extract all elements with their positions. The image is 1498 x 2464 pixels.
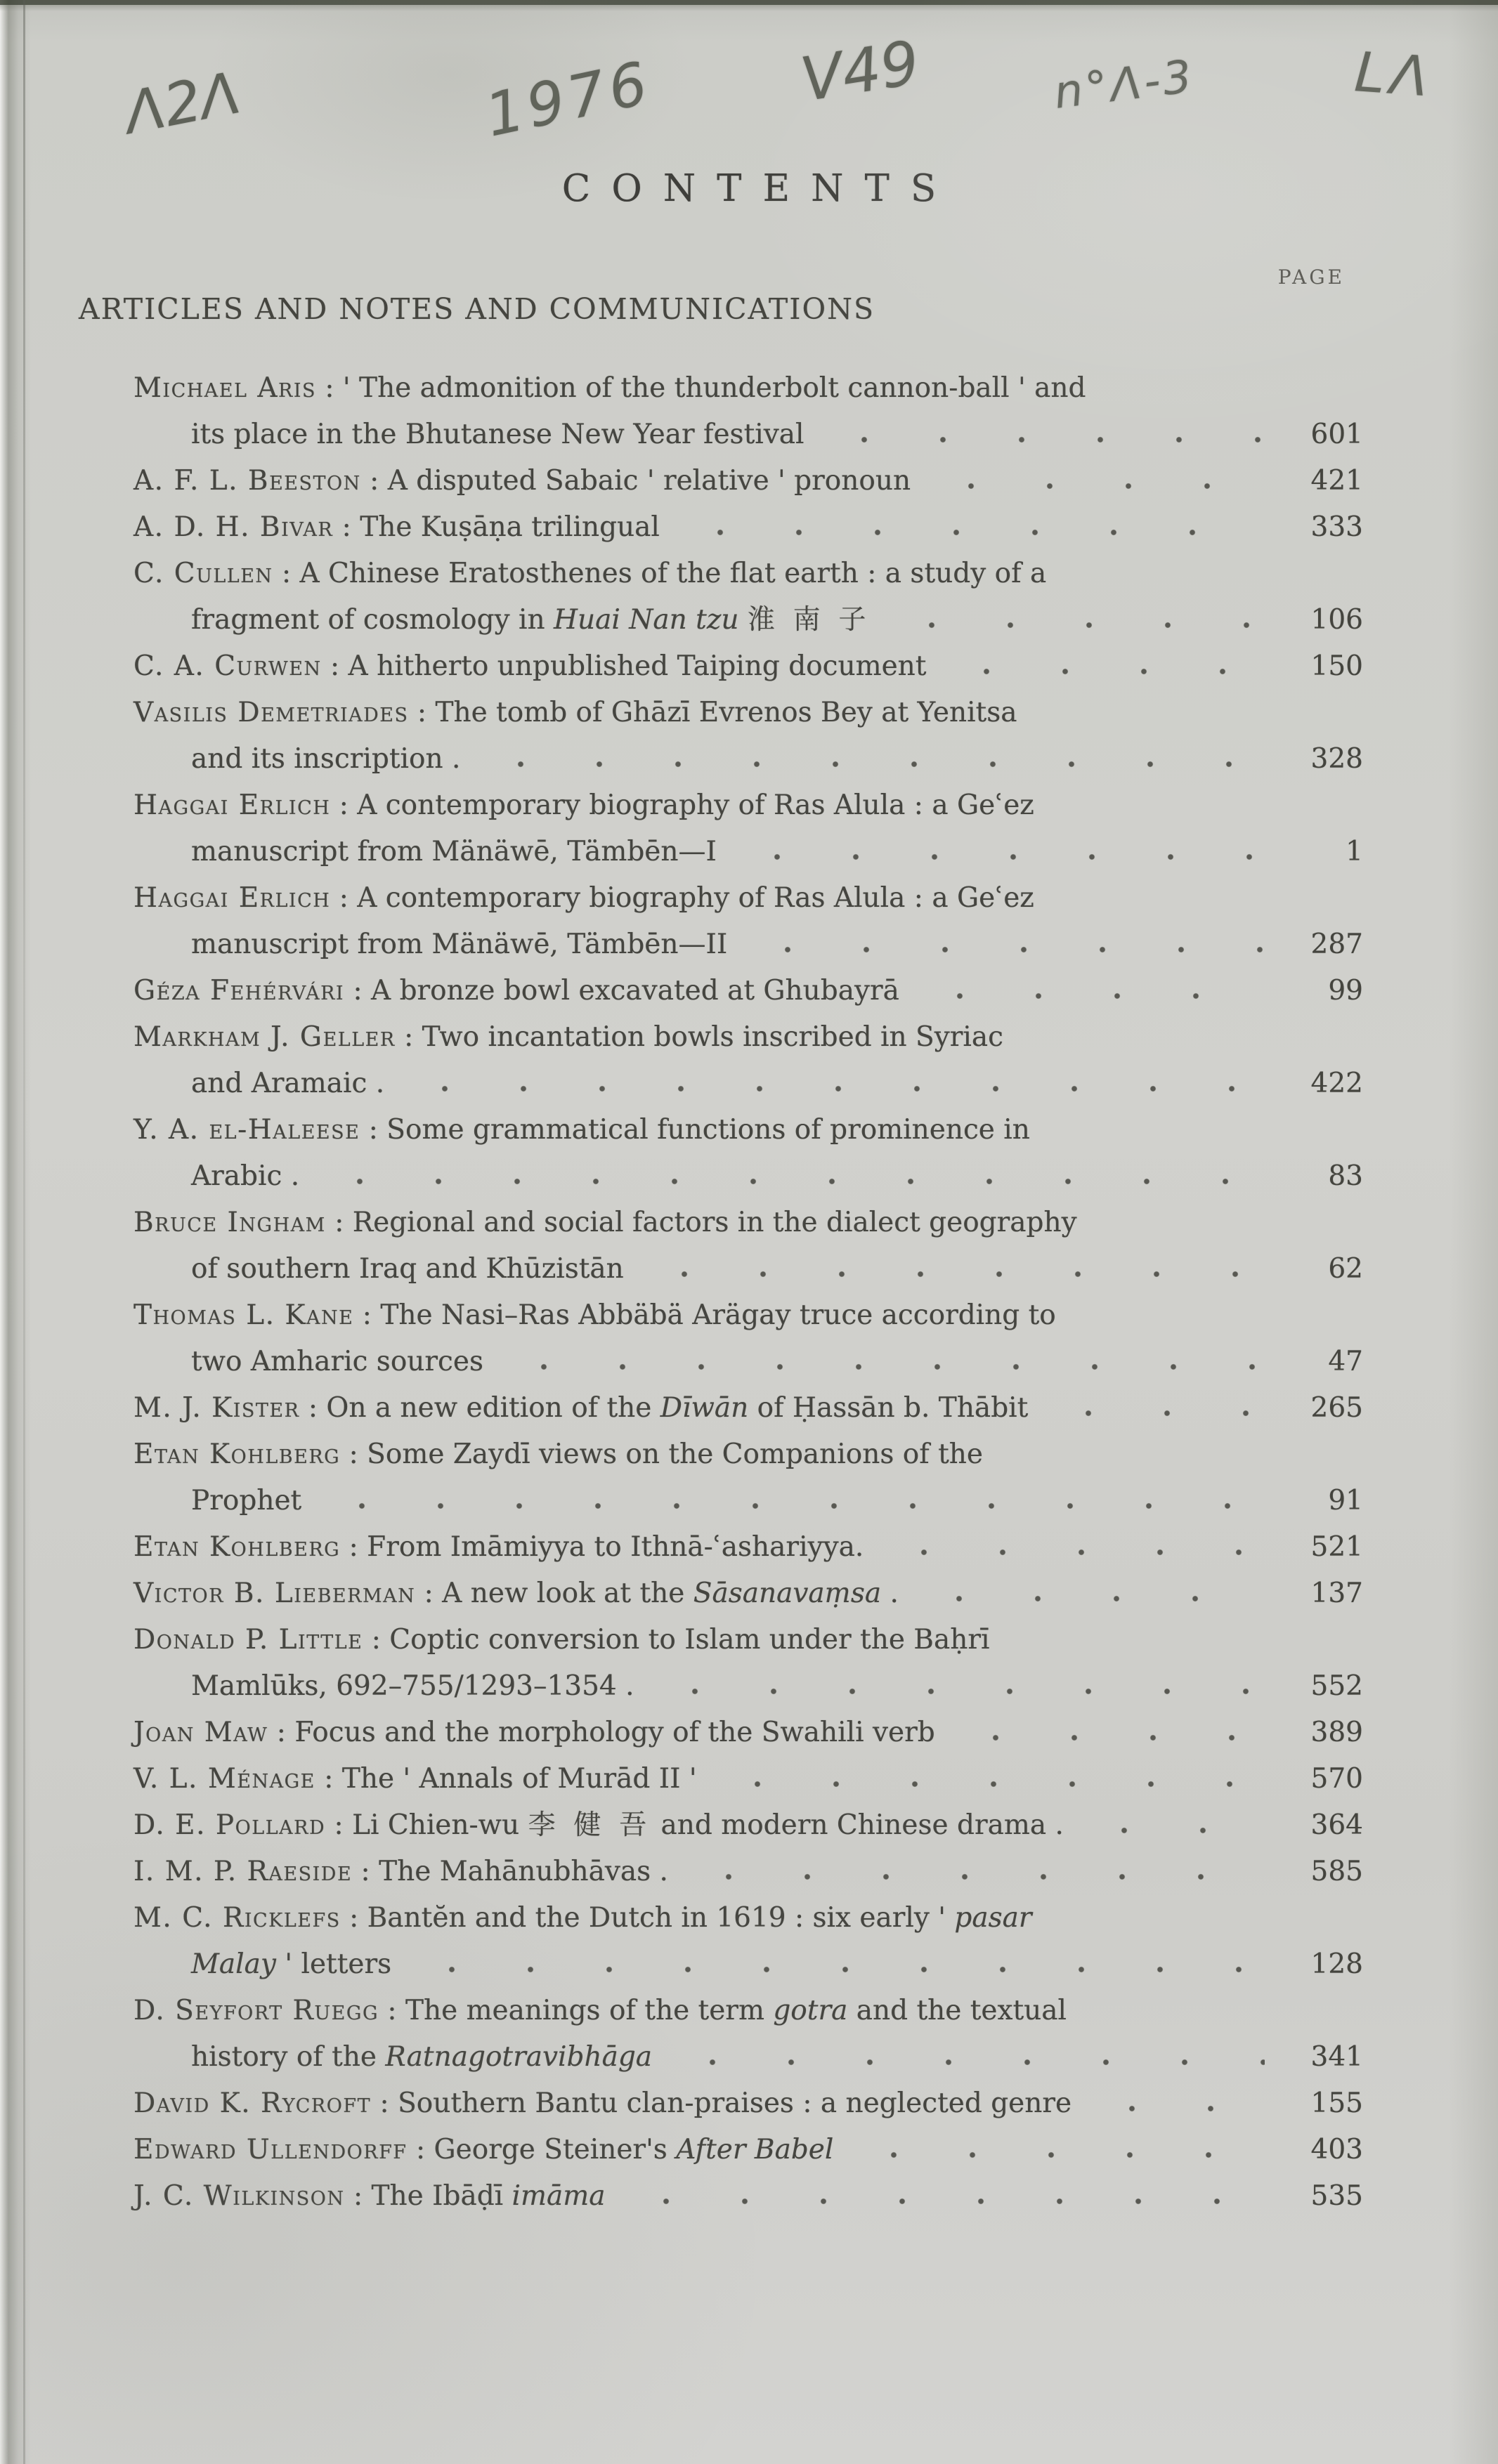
handwritten-annotation-issues: n°Λ-3 (1051, 51, 1197, 119)
toc-entry-text: Haggai Erlich : A contemporary biography… (133, 875, 1034, 922)
title-text: : Focus and the morphology of the Swahil… (268, 1717, 934, 1748)
page-number: 150 (1284, 643, 1363, 690)
toc-entry-text: Arabic . (191, 1153, 299, 1200)
page-number: 552 (1284, 1663, 1363, 1710)
toc-row: of southern Iraq and Khūzistān62 (133, 1246, 1363, 1292)
author-name: Thomas L. Kane (133, 1299, 353, 1331)
dot-leader (828, 436, 1265, 443)
toc-row: Thomas L. Kane : The Nasi–Ras Abbäbä Arä… (133, 1292, 1363, 1339)
page-number: 421 (1284, 458, 1363, 504)
title-text: : ' The admonition of the thunderbolt ca… (316, 372, 1086, 404)
page-column-label: PAGE (1278, 266, 1345, 289)
page-number: 535 (1284, 2173, 1363, 2220)
page-number: 403 (1284, 2127, 1363, 2173)
title-text: manuscript from Mänäwē, Tämbēn—I (191, 836, 717, 867)
toc-row: V. L. Ménage : The ' Annals of Murād II … (133, 1756, 1363, 1802)
dot-leader (959, 1734, 1265, 1741)
toc-row: Malay ' letters128 (133, 1941, 1363, 1988)
title-text: : The Ibāḍī (345, 2180, 512, 2212)
toc-row: Victor B. Lieberman : A new look at the … (133, 1571, 1363, 1617)
title-text: : A hitherto unpublished Taiping documen… (322, 650, 927, 682)
dot-leader (741, 853, 1265, 860)
toc-entry-text: M. C. Ricklefs : Bantĕn and the Dutch in… (133, 1895, 1032, 1941)
page-title: CONTENTS (0, 167, 1498, 210)
title-text: : A disputed Sabaic ' relative ' pronoun (361, 465, 911, 497)
handwritten-annotation-year: 1976 (479, 48, 657, 150)
page-number: 1 (1284, 829, 1363, 875)
page-number: 91 (1284, 1478, 1363, 1524)
toc-row: Mamlūks, 692–755/1293–1354 .552 (133, 1663, 1363, 1710)
dot-leader (415, 1966, 1265, 1973)
title-text: : Coptic conversion to Islam under the B… (363, 1624, 989, 1656)
title-text: : Regional and social factors in the dia… (326, 1207, 1077, 1238)
toc-row: Etan Kohlberg : Some Zaydī views on the … (133, 1431, 1363, 1478)
title-text: Mamlūks, 692–755/1293–1354 . (191, 1670, 634, 1702)
toc-row: two Amharic sources47 (133, 1339, 1363, 1385)
page-number: 137 (1284, 1571, 1363, 1617)
author-name: Géza Fehérvári (133, 975, 344, 1007)
page-number: 585 (1284, 1849, 1363, 1895)
title-text: Prophet (191, 1485, 301, 1516)
author-name: M. C. Ricklefs (133, 1902, 341, 1934)
section-heading: ARTICLES AND NOTES AND COMMUNICATIONS (79, 292, 875, 326)
scanned-contents-page: Λ2Λ 1976 V49 n°Λ-3 LΛ CONTENTS PAGE ARTI… (0, 0, 1498, 2464)
handwritten-annotation-volume: V49 (796, 27, 924, 115)
author-name: D. E. Pollard (133, 1809, 325, 1841)
author-name: Victor B. Lieberman (133, 1578, 415, 1609)
page-number: 62 (1284, 1246, 1363, 1292)
page-number: 341 (1284, 2034, 1363, 2080)
title-text: : A bronze bowl excavated at Ghubayrā (344, 975, 899, 1007)
toc-entry-text: manuscript from Mänäwē, Tämbēn—II (191, 922, 727, 968)
page-number: 333 (1284, 504, 1363, 551)
author-name: V. L. Ménage (133, 1763, 315, 1795)
toc-entry-text: I. M. P. Raeside : The Mahānubhāvas . (133, 1849, 668, 1895)
title-italic-text: Sāsanavaṃsa (693, 1578, 881, 1609)
dot-leader (923, 992, 1265, 1000)
title-italic-text: Malay (191, 1948, 276, 1980)
dot-leader (408, 1085, 1265, 1092)
title-text: of Ḥassān b. Thābit (748, 1392, 1028, 1424)
page-number: 389 (1284, 1710, 1363, 1756)
toc-entry-text: D. E. Pollard : Li Chien-wu 李 健 吾 and mo… (133, 1802, 1064, 1849)
toc-entry-text: Victor B. Lieberman : A new look at the … (133, 1571, 899, 1617)
toc-row: and Aramaic .422 (133, 1061, 1363, 1107)
title-text: two Amharic sources (191, 1346, 483, 1377)
author-name: Edward Ullendorff (133, 2134, 408, 2165)
handwritten-annotation: Λ2Λ (119, 60, 245, 148)
table-of-contents: Michael Aris : ' The admonition of the t… (133, 365, 1363, 2220)
toc-row: Bruce Ingham : Regional and social facto… (133, 1200, 1363, 1246)
title-text: of southern Iraq and Khūzistān (191, 1253, 624, 1285)
page-number: 422 (1284, 1061, 1363, 1107)
toc-entry-text: Edward Ullendorff : George Steiner's Aft… (133, 2127, 833, 2173)
title-text: fragment of cosmology in (191, 604, 554, 636)
page-number: 570 (1284, 1756, 1363, 1802)
title-text: : A Chinese Eratosthenes of the flat ear… (273, 558, 1047, 589)
toc-row: its place in the Bhutanese New Year fest… (133, 412, 1363, 458)
page-number: 287 (1284, 922, 1363, 968)
title-text: : A contemporary biography of Ras Alula … (330, 789, 1034, 821)
toc-entry-text: Joan Maw : Focus and the morphology of t… (133, 1710, 935, 1756)
toc-entry-text: Malay ' letters (191, 1941, 391, 1988)
title-text: and its inscription . (191, 743, 460, 775)
toc-row: Edward Ullendorff : George Steiner's Aft… (133, 2127, 1363, 2173)
page-number: 601 (1284, 412, 1363, 458)
title-text: : Li Chien-wu (325, 1809, 528, 1841)
dot-leader (887, 1549, 1265, 1556)
dot-leader (950, 668, 1265, 675)
title-text: : George Steiner's (408, 2134, 677, 2165)
toc-row: A. D. H. Bivar : The Kuṣāṇa trilingual33… (133, 504, 1363, 551)
toc-entry-text: Donald P. Little : Coptic conversion to … (133, 1617, 989, 1663)
toc-row: Arabic .83 (133, 1153, 1363, 1200)
toc-row: Joan Maw : Focus and the morphology of t… (133, 1710, 1363, 1756)
title-text: . (881, 1578, 899, 1609)
title-text: manuscript from Mänäwē, Tämbēn—II (191, 929, 727, 960)
toc-row: D. Seyfort Ruegg : The meanings of the t… (133, 1988, 1363, 2034)
toc-entry-text: fragment of cosmology in Huai Nan tzu 淮 … (191, 597, 871, 643)
title-text: : Bantĕn and the Dutch in 1619 : six ear… (341, 1902, 955, 1934)
page-number: 99 (1284, 968, 1363, 1014)
title-text: and Aramaic . (191, 1068, 384, 1099)
title-text: : The ' Annals of Murād II ' (315, 1763, 697, 1795)
scan-top-edge-shadow (0, 5, 1498, 11)
dot-leader (630, 2198, 1265, 2205)
title-text: its place in the Bhutanese New Year fest… (191, 419, 804, 450)
author-name: Etan Kohlberg (133, 1439, 340, 1470)
title-italic-text: Dīwān (660, 1392, 749, 1424)
toc-row: I. M. P. Raeside : The Mahānubhāvas .585 (133, 1849, 1363, 1895)
author-name: Michael Aris (133, 372, 316, 404)
title-text: : Some grammatical functions of prominen… (360, 1114, 1030, 1146)
toc-row: and its inscription .328 (133, 736, 1363, 782)
toc-entry-text: Michael Aris : ' The admonition of the t… (133, 365, 1086, 412)
toc-row: manuscript from Mänäwē, Tämbēn—I1 (133, 829, 1363, 875)
toc-entry-text: Bruce Ingham : Regional and social facto… (133, 1200, 1077, 1246)
title-text: : A contemporary biography of Ras Alula … (330, 882, 1034, 914)
title-italic-text: gotra (773, 1995, 847, 2026)
toc-row: David K. Rycroft : Southern Bantu clan-p… (133, 2080, 1363, 2127)
author-name: A. F. L. Beeston (133, 465, 361, 497)
toc-row: M. C. Ricklefs : Bantĕn and the Dutch in… (133, 1895, 1363, 1941)
cjk-characters: 李 健 吾 (528, 1810, 653, 1840)
toc-row: C. Cullen : A Chinese Eratosthenes of th… (133, 551, 1363, 597)
author-name: J. C. Wilkinson (133, 2180, 345, 2212)
dot-leader (676, 2059, 1265, 2066)
toc-entry-text: A. F. L. Beeston : A disputed Sabaic ' r… (133, 458, 911, 504)
author-name: Y. A. el-Haleese (133, 1114, 360, 1146)
cjk-characters: 淮 南 子 (748, 605, 872, 635)
title-text: : From Imāmiyya to Ithnā-ʿashariyya. (340, 1531, 864, 1563)
toc-row: M. J. Kister : On a new edition of the D… (133, 1385, 1363, 1431)
toc-entry-text: A. D. H. Bivar : The Kuṣāṇa trilingual (133, 504, 660, 551)
title-text (738, 604, 747, 636)
author-name: Haggai Erlich (133, 789, 330, 821)
dot-leader (1052, 1410, 1265, 1417)
page-number: 521 (1284, 1524, 1363, 1571)
title-text: : The tomb of Ghāzī Evrenos Bey at Yenit… (409, 697, 1017, 728)
dot-leader (1095, 2105, 1265, 2112)
dot-leader (507, 1363, 1265, 1370)
author-name: I. M. P. Raeside (133, 1856, 352, 1887)
title-text: : On a new edition of the (299, 1392, 660, 1424)
author-name: David K. Rycroft (133, 2088, 371, 2119)
title-italic-text: Ratnagotravibhāga (385, 2041, 652, 2073)
toc-row: Etan Kohlberg : From Imāmiyya to Ithnā-ʿ… (133, 1524, 1363, 1571)
title-text: Arabic . (191, 1160, 299, 1192)
title-text: : The Mahānubhāvas . (352, 1856, 668, 1887)
title-italic-text: After Babel (676, 2134, 833, 2165)
title-italic-text: Huai Nan tzu (554, 604, 738, 636)
toc-row: Donald P. Little : Coptic conversion to … (133, 1617, 1363, 1663)
dot-leader (934, 483, 1265, 490)
toc-entry-text: Géza Fehérvári : A bronze bowl excavated… (133, 968, 899, 1014)
dot-leader (684, 529, 1265, 536)
page-crease-line (23, 0, 25, 2464)
toc-entry-text: and Aramaic . (191, 1061, 384, 1107)
toc-entry-text: Etan Kohlberg : From Imāmiyya to Ithnā-ʿ… (133, 1524, 864, 1571)
title-text: ' letters (276, 1948, 391, 1980)
toc-entry-text: J. C. Wilkinson : The Ibāḍī imāma (133, 2173, 606, 2220)
title-text: and modern Chinese drama . (652, 1809, 1064, 1841)
toc-row: Géza Fehérvári : A bronze bowl excavated… (133, 968, 1363, 1014)
toc-entry-text: Thomas L. Kane : The Nasi–Ras Abbäbä Arä… (133, 1292, 1056, 1339)
dot-leader (721, 1781, 1265, 1788)
toc-entry-text: Mamlūks, 692–755/1293–1354 . (191, 1663, 634, 1710)
author-name: Bruce Ingham (133, 1207, 326, 1238)
toc-entry-text: Prophet (191, 1478, 301, 1524)
dot-leader (484, 761, 1265, 768)
page-number: 106 (1284, 597, 1363, 643)
title-text: history of the (191, 2041, 385, 2073)
toc-entry-text: and its inscription . (191, 736, 460, 782)
author-name: Vasilis Demetriades (133, 697, 409, 728)
title-text: : A new look at the (415, 1578, 693, 1609)
page-number: 128 (1284, 1941, 1363, 1988)
dot-leader (692, 1873, 1265, 1880)
page-number: 47 (1284, 1339, 1363, 1385)
title-text: : The meanings of the term (379, 1995, 773, 2026)
toc-row: C. A. Curwen : A hitherto unpublished Ta… (133, 643, 1363, 690)
title-text: : Two incantation bowls inscribed in Syr… (396, 1021, 1003, 1053)
page-number: 364 (1284, 1802, 1363, 1849)
handwritten-annotation: LΛ (1353, 41, 1436, 110)
toc-entry-text: David K. Rycroft : Southern Bantu clan-p… (133, 2080, 1072, 2127)
toc-entry-text: C. A. Curwen : A hitherto unpublished Ta… (133, 643, 926, 690)
title-text: : The Nasi–Ras Abbäbä Arägay truce accor… (353, 1299, 1055, 1331)
title-text: : Southern Bantu clan-praises : a neglec… (371, 2088, 1072, 2119)
toc-entry-text: Y. A. el-Haleese : Some grammatical func… (133, 1107, 1030, 1153)
title-italic-text: imāma (512, 2180, 606, 2212)
dot-leader (325, 1502, 1265, 1509)
toc-row: fragment of cosmology in Huai Nan tzu 淮 … (133, 597, 1363, 643)
toc-entry-text: of southern Iraq and Khūzistān (191, 1246, 624, 1292)
page-number: 155 (1284, 2080, 1363, 2127)
author-name: Donald P. Little (133, 1624, 363, 1656)
toc-entry-text: D. Seyfort Ruegg : The meanings of the t… (133, 1988, 1067, 2034)
title-text: : Some Zaydī views on the Companions of … (340, 1439, 983, 1470)
toc-row: manuscript from Mänäwē, Tämbēn—II287 (133, 922, 1363, 968)
dot-leader (648, 1271, 1265, 1278)
toc-entry-text: history of the Ratnagotravibhāga (191, 2034, 652, 2080)
toc-entry-text: M. J. Kister : On a new edition of the D… (133, 1385, 1028, 1431)
author-name: Etan Kohlberg (133, 1531, 340, 1563)
toc-row: D. E. Pollard : Li Chien-wu 李 健 吾 and mo… (133, 1802, 1363, 1849)
toc-row: Haggai Erlich : A contemporary biography… (133, 782, 1363, 829)
toc-row: A. F. L. Beeston : A disputed Sabaic ' r… (133, 458, 1363, 504)
dot-leader (751, 946, 1265, 953)
toc-row: history of the Ratnagotravibhāga341 (133, 2034, 1363, 2080)
toc-row: Markham J. Geller : Two incantation bowl… (133, 1014, 1363, 1061)
toc-entry-text: Haggai Erlich : A contemporary biography… (133, 782, 1034, 829)
author-name: Haggai Erlich (133, 882, 330, 914)
dot-leader (895, 622, 1265, 629)
dot-leader (1088, 1827, 1265, 1834)
title-italic-text: pasar (954, 1902, 1031, 1934)
toc-entry-text: two Amharic sources (191, 1339, 483, 1385)
toc-row: J. C. Wilkinson : The Ibāḍī imāma535 (133, 2173, 1363, 2220)
dot-leader (658, 1688, 1265, 1695)
page-number: 328 (1284, 736, 1363, 782)
toc-entry-text: Vasilis Demetriades : The tomb of Ghāzī … (133, 690, 1017, 736)
toc-entry-text: its place in the Bhutanese New Year fest… (191, 412, 804, 458)
toc-entry-text: Etan Kohlberg : Some Zaydī views on the … (133, 1431, 983, 1478)
scan-top-edge (0, 0, 1498, 5)
toc-row: Haggai Erlich : A contemporary biography… (133, 875, 1363, 922)
toc-entry-text: C. Cullen : A Chinese Eratosthenes of th… (133, 551, 1046, 597)
author-name: A. D. H. Bivar (133, 511, 333, 543)
toc-entry-text: V. L. Ménage : The ' Annals of Murād II … (133, 1756, 697, 1802)
toc-row: Y. A. el-Haleese : Some grammatical func… (133, 1107, 1363, 1153)
title-text: : The Kuṣāṇa trilingual (333, 511, 660, 543)
toc-row: Vasilis Demetriades : The tomb of Ghāzī … (133, 690, 1363, 736)
toc-row: Michael Aris : ' The admonition of the t… (133, 365, 1363, 412)
dot-leader (857, 2151, 1265, 2158)
author-name: Joan Maw (133, 1717, 268, 1748)
dot-leader (923, 1595, 1265, 1602)
author-name: Markham J. Geller (133, 1021, 396, 1053)
toc-row: Prophet91 (133, 1478, 1363, 1524)
page-number: 265 (1284, 1385, 1363, 1431)
page-number: 83 (1284, 1153, 1363, 1200)
dot-leader (323, 1178, 1265, 1185)
author-name: C. A. Curwen (133, 650, 322, 682)
toc-entry-text: Markham J. Geller : Two incantation bowl… (133, 1014, 1003, 1061)
author-name: M. J. Kister (133, 1392, 299, 1424)
title-text: and the textual (847, 1995, 1067, 2026)
toc-entry-text: manuscript from Mänäwē, Tämbēn—I (191, 829, 717, 875)
author-name: D. Seyfort Ruegg (133, 1995, 379, 2026)
author-name: C. Cullen (133, 558, 273, 589)
